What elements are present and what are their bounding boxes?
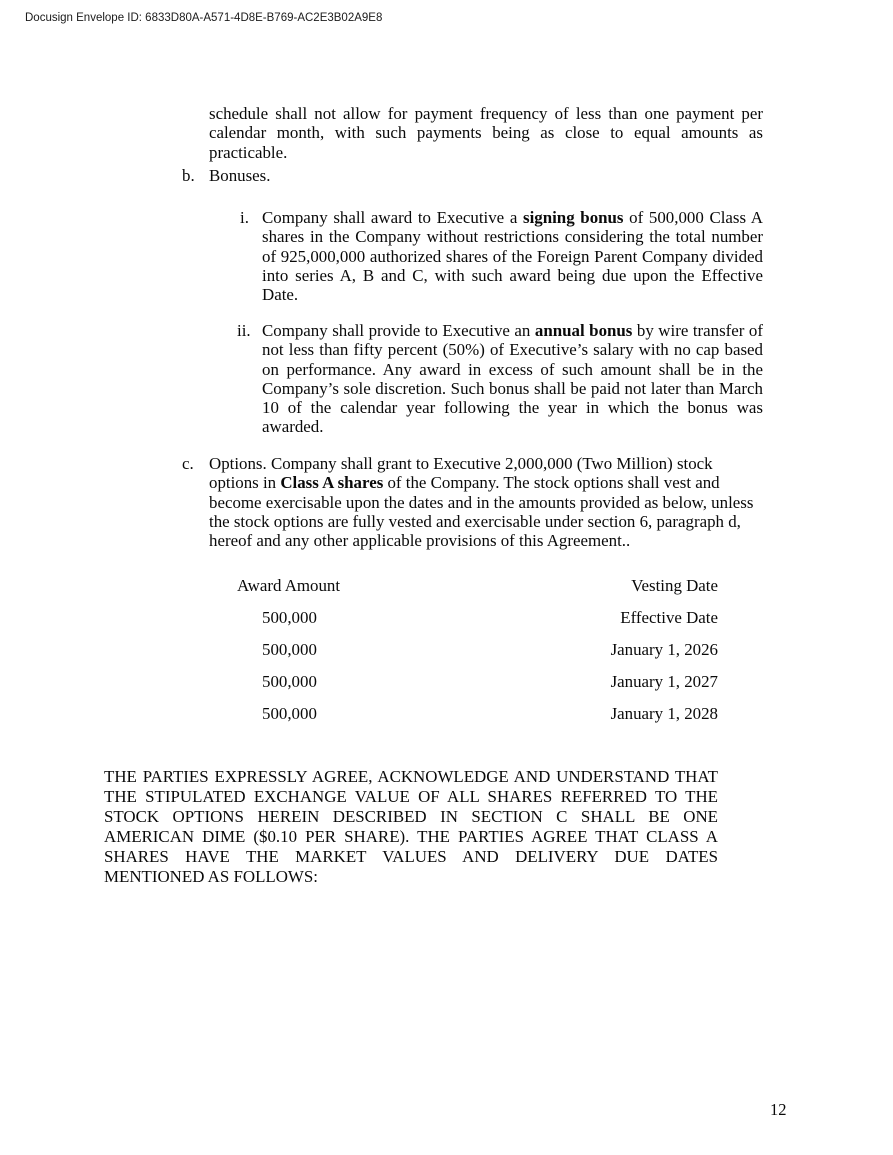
table-row: 500,000 January 1, 2028 xyxy=(237,704,718,724)
bold-class-a-shares: Class A shares xyxy=(280,473,383,492)
paragraph-signing-bonus: Company shall award to Executive a signi… xyxy=(262,208,763,304)
page-number: 12 xyxy=(770,1100,787,1120)
docusign-envelope-id: Docusign Envelope ID: 6833D80A-A571-4D8E… xyxy=(25,12,382,24)
award-amount-cell: 500,000 xyxy=(262,640,317,659)
table-row: 500,000 Effective Date xyxy=(237,608,718,628)
vesting-date-cell: January 1, 2026 xyxy=(611,640,718,660)
bold-annual-bonus: annual bonus xyxy=(535,321,632,340)
table-row: 500,000 January 1, 2026 xyxy=(237,640,718,660)
paragraph-payment-schedule: schedule shall not allow for payment fre… xyxy=(209,104,763,162)
list-marker-c: c. xyxy=(182,454,194,473)
vesting-date-cell: January 1, 2028 xyxy=(611,704,718,724)
award-amount-cell: 500,000 xyxy=(262,704,317,723)
list-marker-b: b. xyxy=(182,166,209,185)
paragraph-stipulated-exchange-value: THE PARTIES EXPRESSLY AGREE, ACKNOWLEDGE… xyxy=(104,767,718,888)
list-marker-ii: ii. xyxy=(237,321,251,340)
vesting-date-cell: January 1, 2027 xyxy=(611,672,718,692)
column-header-vesting-date: Vesting Date xyxy=(631,576,718,596)
table-header-row: Award Amount Vesting Date xyxy=(237,576,718,596)
list-item-b-bonuses: b.Bonuses. xyxy=(182,166,270,185)
vesting-date-cell: Effective Date xyxy=(620,608,718,628)
column-header-award-amount: Award Amount xyxy=(237,576,340,595)
document-page: Docusign Envelope ID: 6833D80A-A571-4D8E… xyxy=(0,0,893,1155)
paragraph-annual-bonus: Company shall provide to Executive an an… xyxy=(262,321,763,437)
list-marker-i: i. xyxy=(240,208,249,227)
text-segment-before: Company shall provide to Executive an xyxy=(262,321,535,340)
list-label-bonuses: Bonuses. xyxy=(209,166,270,185)
table-row: 500,000 January 1, 2027 xyxy=(237,672,718,692)
award-amount-cell: 500,000 xyxy=(262,672,317,691)
bold-signing-bonus: signing bonus xyxy=(523,208,624,227)
text-segment-before: Company shall award to Executive a xyxy=(262,208,523,227)
paragraph-options: Options. Company shall grant to Executiv… xyxy=(209,454,756,550)
award-amount-cell: 500,000 xyxy=(262,608,317,627)
